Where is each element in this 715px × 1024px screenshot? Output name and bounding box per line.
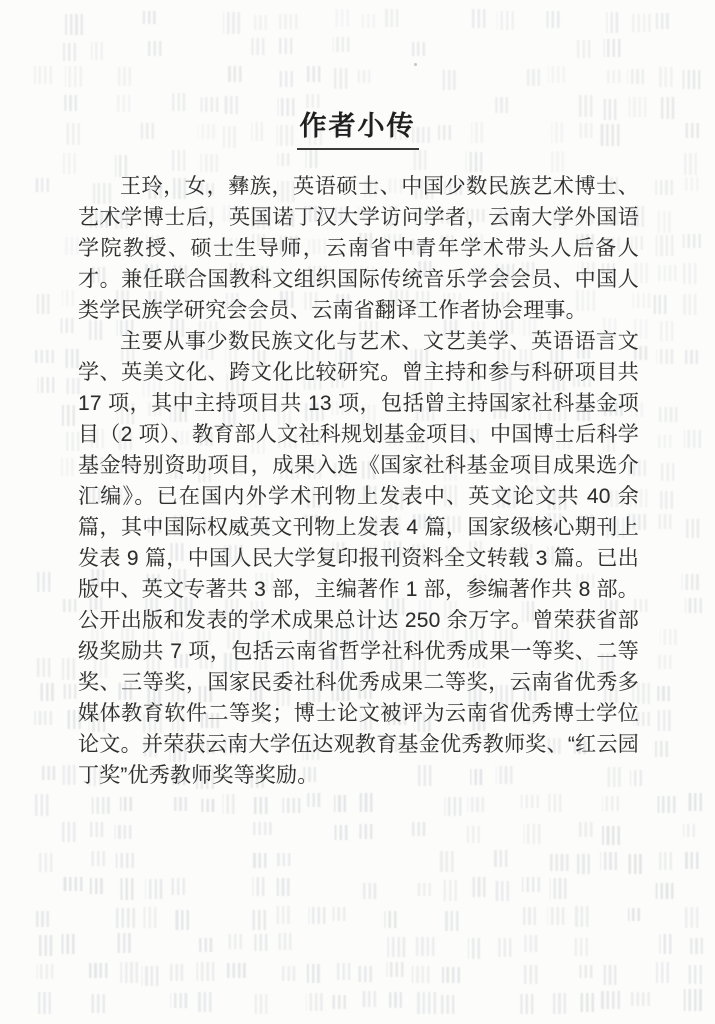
bleed-mark xyxy=(659,852,672,871)
bleed-mark xyxy=(331,68,347,88)
bleed-mark xyxy=(659,463,674,481)
bleed-mark xyxy=(61,458,74,476)
bleed-mark xyxy=(90,994,105,1013)
bleed-mark xyxy=(254,15,267,30)
bleed-mark xyxy=(384,911,396,928)
bleed-mark xyxy=(201,799,214,813)
bio-paragraph-research: 主要从事少数民族文化与艺术、文艺美学、英语语言文学、英美文化、跨文化比较研究。曾… xyxy=(78,326,639,791)
bleed-mark xyxy=(336,963,350,980)
bleed-mark xyxy=(520,994,533,1014)
bleed-mark xyxy=(64,432,79,451)
bleed-mark xyxy=(63,43,76,61)
bleed-mark xyxy=(115,825,132,839)
bleed-mark xyxy=(682,177,698,190)
bleed-mark xyxy=(65,14,83,35)
bleed-mark xyxy=(222,794,234,814)
bleed-mark xyxy=(686,965,702,984)
bleed-mark xyxy=(494,881,509,901)
bleed-mark xyxy=(656,13,669,29)
bleed-mark xyxy=(684,989,702,1011)
bleed-mark xyxy=(278,38,292,54)
bleed-mark xyxy=(64,349,79,368)
bleed-mark xyxy=(36,992,51,1013)
bleed-mark xyxy=(35,658,50,677)
bleed-mark xyxy=(579,965,592,978)
bleed-mark xyxy=(548,66,565,83)
bleed-mark xyxy=(254,934,267,951)
bleed-mark xyxy=(227,963,246,978)
scanned-book-page: 作者小传 王玲，女，彝族，英语硕士、中国少数民族艺术博士、艺术学博士后，英国诺丁… xyxy=(0,0,715,1024)
bleed-mark xyxy=(523,965,537,984)
bleed-mark xyxy=(223,12,240,33)
bleed-mark xyxy=(682,294,697,315)
bleed-mark xyxy=(602,965,617,985)
bleed-mark xyxy=(683,824,695,838)
bleed-mark xyxy=(88,822,103,836)
bleed-mark xyxy=(196,938,212,952)
bleed-mark xyxy=(417,992,436,1014)
bleed-mark xyxy=(416,883,431,896)
bleed-mark xyxy=(657,514,672,529)
bleed-mark xyxy=(252,910,266,931)
bleed-mark xyxy=(36,935,52,957)
bleed-mark xyxy=(334,9,349,26)
bleed-mark xyxy=(277,153,289,166)
bleed-mark xyxy=(65,237,79,256)
bleed-mark xyxy=(656,883,674,899)
bleed-mark xyxy=(37,294,50,314)
bleed-mark xyxy=(577,40,591,58)
bleed-mark xyxy=(494,850,508,867)
bleed-mark xyxy=(443,911,459,932)
bleed-mark xyxy=(412,42,425,56)
bleed-mark xyxy=(117,933,131,953)
bleed-mark xyxy=(307,964,320,983)
bleed-mark xyxy=(576,854,590,874)
bleed-mark xyxy=(61,318,74,332)
bleed-mark xyxy=(654,295,667,314)
bleed-mark xyxy=(600,852,617,870)
bleed-mark xyxy=(657,686,670,701)
bleed-mark xyxy=(684,907,698,928)
bleed-mark xyxy=(442,880,457,901)
bleed-mark xyxy=(468,938,480,959)
bleed-mark xyxy=(684,350,698,364)
bleed-mark xyxy=(655,180,673,195)
bleed-mark xyxy=(307,793,320,806)
bleed-mark xyxy=(687,793,702,811)
bleed-mark xyxy=(253,994,268,1014)
bleed-mark xyxy=(685,598,702,613)
bleed-mark xyxy=(277,878,290,896)
bleed-mark xyxy=(116,908,135,928)
bleed-mark xyxy=(174,910,189,930)
bleed-mark xyxy=(65,66,82,87)
bleed-mark xyxy=(656,349,673,364)
bleed-mark xyxy=(387,962,404,977)
bleed-mark xyxy=(62,405,75,426)
bleed-mark xyxy=(551,151,564,172)
bleed-mark xyxy=(412,966,430,983)
bleed-mark xyxy=(145,879,162,899)
bleed-mark xyxy=(384,9,399,27)
bleed-mark xyxy=(305,149,317,168)
bleed-mark xyxy=(116,853,134,867)
bleed-mark xyxy=(470,877,486,897)
bleed-mark xyxy=(279,14,298,28)
bleed-mark xyxy=(604,70,620,83)
bleed-mark xyxy=(657,655,672,669)
bleed-mark xyxy=(657,796,675,813)
bleed-mark xyxy=(438,995,454,1014)
bleed-mark xyxy=(362,883,376,899)
bleed-mark xyxy=(171,878,185,895)
bleed-mark xyxy=(524,824,541,844)
bleed-mark xyxy=(655,211,671,233)
bleed-mark xyxy=(498,938,511,957)
bleed-mark xyxy=(91,851,105,867)
bleed-mark xyxy=(550,878,567,899)
bleed-mark xyxy=(655,710,671,731)
bleed-mark xyxy=(226,934,242,949)
bleed-mark xyxy=(34,572,50,592)
bio-paragraph-intro: 王玲，女，彝族，英语硕士、中国少数民族艺术博士、艺术学博士后，英国诺丁汉大学访问… xyxy=(78,171,639,326)
bleed-mark xyxy=(467,797,484,812)
bleed-mark xyxy=(684,519,699,539)
bleed-mark xyxy=(660,629,677,645)
bleed-mark xyxy=(659,67,673,87)
bleed-mark xyxy=(62,822,76,842)
bleed-mark xyxy=(34,711,52,725)
bleed-mark xyxy=(334,795,346,812)
bleed-mark xyxy=(604,39,621,57)
bleed-mark xyxy=(120,878,133,900)
bleed-mark xyxy=(627,854,642,874)
bleed-mark xyxy=(36,964,53,979)
bleed-mark xyxy=(62,934,75,953)
bleed-mark xyxy=(306,66,320,82)
bleed-mark xyxy=(120,797,132,811)
bleed-mark xyxy=(251,38,264,54)
bleed-mark xyxy=(601,991,620,1009)
bleed-mark xyxy=(146,41,161,56)
bleed-mark xyxy=(471,9,485,27)
bleed-mark xyxy=(38,377,55,393)
bleed-mark xyxy=(90,878,103,895)
bleed-mark xyxy=(38,683,54,700)
bleed-mark xyxy=(522,877,540,892)
bleed-mark xyxy=(524,935,537,952)
bleed-mark xyxy=(120,962,138,983)
bleed-mark xyxy=(92,797,110,814)
bleed-mark xyxy=(548,794,561,812)
bleed-mark xyxy=(628,908,640,921)
bleed-mark xyxy=(659,934,671,954)
bleed-mark xyxy=(606,12,618,33)
bleed-mark xyxy=(521,795,539,809)
bleed-mark xyxy=(467,826,480,843)
bleed-mark xyxy=(411,822,425,836)
bleed-mark xyxy=(63,153,76,175)
bleed-mark xyxy=(169,964,183,981)
bleed-mark xyxy=(659,321,673,341)
bleed-mark xyxy=(281,966,295,981)
bleed-mark xyxy=(170,993,187,1008)
bleed-mark xyxy=(171,797,187,811)
bleed-mark xyxy=(522,907,536,925)
bleed-mark xyxy=(442,967,460,984)
bleed-mark xyxy=(143,11,156,24)
bleed-mark xyxy=(62,658,75,680)
bleed-mark xyxy=(276,853,291,866)
bleed-mark xyxy=(359,824,372,839)
bleed-mark xyxy=(682,574,699,590)
bleed-mark xyxy=(552,993,566,1014)
bleed-mark xyxy=(332,907,345,921)
bleed-mark xyxy=(631,992,650,1006)
bleed-mark xyxy=(64,877,83,891)
bleed-mark xyxy=(91,42,103,61)
page-title-text: 作者小传 xyxy=(297,104,419,150)
bleed-mark xyxy=(687,938,703,954)
bleed-mark xyxy=(64,684,77,699)
bleed-mark xyxy=(684,430,701,449)
bleed-mark xyxy=(38,853,52,872)
bleed-mark xyxy=(276,906,290,924)
bleed-mark xyxy=(359,14,375,29)
author-bio-text: 王玲，女，彝族，英语硕士、中国少数民族艺术博士、艺术学博士后，英国诺丁汉大学访问… xyxy=(78,171,639,791)
bleed-mark xyxy=(547,907,564,925)
bleed-mark xyxy=(35,350,54,363)
bleed-mark xyxy=(89,963,108,979)
bleed-mark xyxy=(655,741,668,757)
bleed-mark xyxy=(525,69,540,87)
bleed-mark xyxy=(683,234,701,248)
bleed-mark xyxy=(361,991,376,1006)
bleed-mark xyxy=(333,37,350,52)
page-title: 作者小传 xyxy=(0,104,715,150)
bleed-mark xyxy=(440,70,456,90)
bleed-mark xyxy=(117,67,131,86)
bleed-mark xyxy=(39,766,55,780)
bleed-mark xyxy=(198,992,212,1012)
bleed-mark xyxy=(497,11,514,30)
bleed-mark xyxy=(577,822,592,837)
bleed-mark xyxy=(578,993,594,1013)
scan-artifact-speck xyxy=(414,63,417,66)
bleed-mark xyxy=(62,290,74,305)
bleed-mark xyxy=(656,235,674,256)
bleed-mark xyxy=(34,911,49,927)
bleed-mark xyxy=(253,797,267,814)
bleed-mark xyxy=(632,14,651,32)
bleed-mark xyxy=(439,851,454,872)
bleed-mark xyxy=(660,491,673,509)
bleed-mark xyxy=(360,793,373,811)
bleed-mark xyxy=(602,826,620,845)
bleed-mark xyxy=(550,854,569,871)
bleed-mark xyxy=(196,962,214,981)
bleed-mark xyxy=(575,906,589,927)
bleed-mark xyxy=(656,435,671,448)
bleed-mark xyxy=(656,962,669,983)
bleed-mark xyxy=(35,794,49,815)
bleed-mark xyxy=(330,995,346,1010)
bleed-mark xyxy=(34,66,52,84)
bleed-mark xyxy=(170,150,185,171)
bleed-mark xyxy=(681,263,696,284)
bleed-mark xyxy=(682,153,697,174)
bleed-mark xyxy=(282,798,300,812)
bleed-mark xyxy=(573,938,588,956)
bleed-mark xyxy=(62,765,76,785)
bleed-mark xyxy=(34,178,49,192)
bleed-mark xyxy=(358,70,371,83)
bleed-mark xyxy=(142,966,159,986)
bleed-mark xyxy=(306,993,323,1012)
bleed-mark xyxy=(200,154,218,172)
bleed-mark xyxy=(466,152,483,172)
bleed-mark xyxy=(227,66,242,82)
bleed-mark xyxy=(61,599,76,612)
bleed-mark xyxy=(658,265,677,281)
bleed-mark xyxy=(627,69,644,84)
bleed-mark xyxy=(659,407,678,422)
bleed-mark xyxy=(143,907,156,928)
bleed-mark xyxy=(253,853,267,868)
bleed-mark xyxy=(335,825,348,841)
bleed-mark xyxy=(444,797,461,816)
bleed-mark xyxy=(602,796,619,810)
bleed-mark xyxy=(252,877,264,896)
bleed-mark xyxy=(278,933,292,950)
bleed-mark xyxy=(414,150,427,170)
bleed-mark xyxy=(683,70,701,89)
bleed-mark xyxy=(308,907,325,924)
bleed-mark xyxy=(387,937,405,957)
bleed-mark xyxy=(387,992,402,1009)
bleed-mark xyxy=(547,11,560,29)
bleed-mark xyxy=(683,852,699,869)
bleed-mark xyxy=(357,966,372,982)
bleed-mark xyxy=(279,71,293,87)
bleed-mark xyxy=(253,822,272,835)
bleed-mark xyxy=(416,937,435,956)
